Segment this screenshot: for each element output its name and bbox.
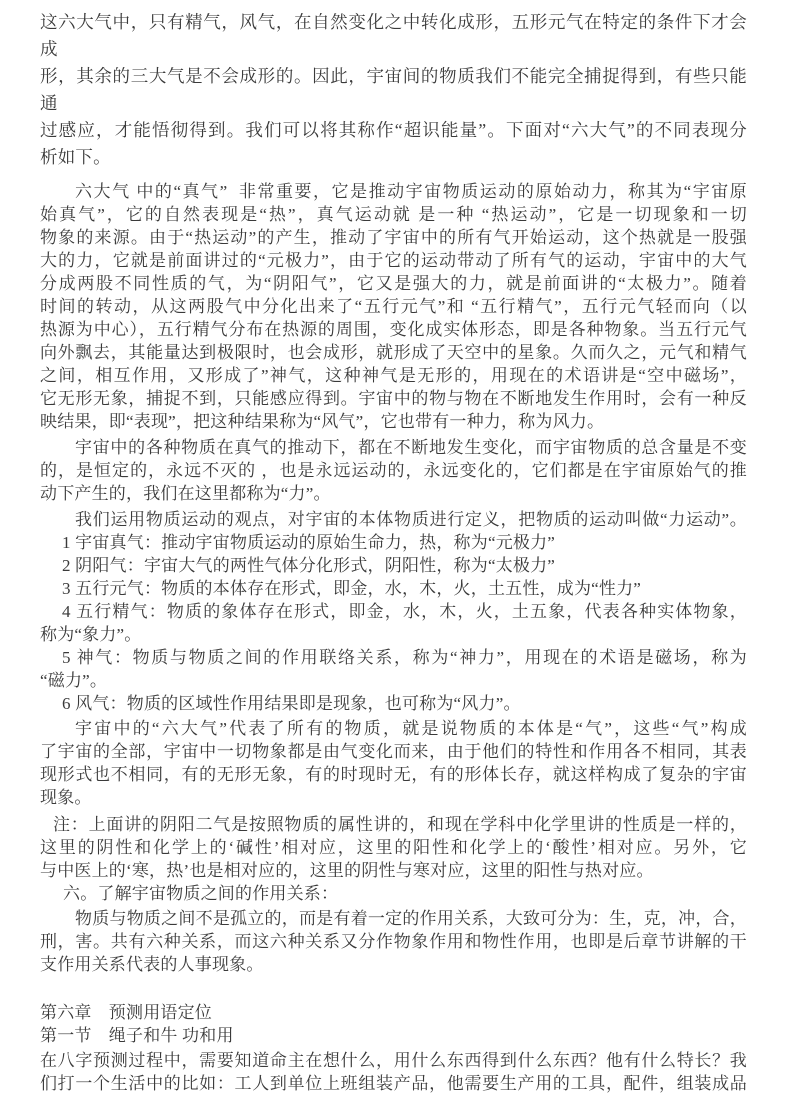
text-line: 它无形无象，捕捉不到，只能感应得到。宇宙中的物与物在不断地发生作用时，会有一种反 [40, 387, 747, 410]
text-line: 了宇宙的全部，宇宙中一切物象都是由气变化而来，由于他们的特性和作用各不相同，其表 [40, 740, 747, 763]
text-line: 宇宙中的“六大气”代表了所有的物质，就是说物质的本体是“气”，这些“气”构成 [40, 717, 747, 740]
text-line: 物质与物质之间不是孤立的，而是有着一定的作用关系，大致可分为：生，克，冲，合， [40, 907, 747, 930]
document-body: 这六大气中，只有精气，风气，在自然变化之中转化成形，五形元气在特定的条件下才会成… [40, 9, 747, 1094]
text-line: 在八字预测过程中，需要知道命主在想什么，用什么东西得到什么东西？他有什么特长？我 [40, 1049, 747, 1072]
text-line: 我们运用物质运动的观点，对宇宙的本体物质进行定义，把物质的运动叫做“力运动”。 [40, 508, 747, 531]
chapter-heading: 第六章 预测用语定位 [40, 1001, 747, 1024]
text-line: 6 风气：物质的区域性作用结果即是现象，也可称为“风力”。 [40, 692, 747, 715]
text-line: 映结果，即“表现”，把这种结果称为“风气”，它也带有一种力，称为风力。 [40, 410, 747, 433]
matter-paragraph: 宇宙中的各种物质在真气的推动下，都在不断地发生变化，而宇宙物质的总含量是不变的，… [40, 436, 747, 505]
list-item-3: 3 五行元气：物质的本体存在形式，即金，水，木，火，土五性，成为“性力” [40, 577, 747, 600]
bazi-paragraph: 在八字预测过程中，需要知道命主在想什么，用什么东西得到什么东西？他有什么特长？我… [40, 1049, 747, 1094]
text-line: 刑，害。共有六种关系，而这六种关系又分作物象作用和物性作用，也即是后章节讲解的干 [40, 930, 747, 953]
list-item-5: 5 神气：物质与物质之间的作用联络关系，称为“神力”，用现在的术语是磁场，称为“… [40, 646, 747, 692]
list-item-6: 6 风气：物质的区域性作用结果即是现象，也可称为“风力”。 [40, 692, 747, 715]
text-line: 这六大气中，只有精气，风气，在自然变化之中转化成形，五形元气在特定的条件下才会成 [40, 9, 747, 63]
note-paragraph: 注：上面讲的阴阳二气是按照物质的属性讲的，和现在学科中化学里讲的性质是一样的，这… [40, 813, 747, 882]
list-item-1: 1 宇宙真气：推动宇宙物质运动的原始生命力，热，称为“元极力” [40, 531, 747, 554]
section-heading: 第一节 绳子和牛 功和用 [40, 1024, 747, 1047]
text-line: 2 阴阳气：宇宙大气的两性气体分化形式，阴阳性，称为“太极力” [40, 554, 747, 577]
zhenqi-paragraph: 六大气 中的“真气” 非常重要，它是推动宇宙物质运动的原始动力，称其为“宇宙原始… [40, 180, 747, 433]
text-line: 第六章 预测用语定位 [40, 1001, 747, 1024]
text-line: 3 五行元气：物质的本体存在形式，即金，水，木，火，土五性，成为“性力” [40, 577, 747, 600]
text-line: 支作用关系代表的人事现象。 [40, 953, 747, 976]
text-line: 第一节 绳子和牛 功和用 [40, 1024, 747, 1047]
list-item-4: 4 五行精气：物质的象体存在形式，即金，水，木，火，土五象，代表各种实体物象，称… [40, 600, 747, 646]
text-line: 们打一个生活中的比如：工人到单位上班组装产品，他需要生产用的工具，配件，组装成品 [40, 1072, 747, 1094]
text-line: 称为“象力”。 [40, 623, 747, 646]
text-line: 分成两股不同性质的气，为“阴阳气”，它又是强大的力，就是前面讲的“太极力”。随着 [40, 272, 747, 295]
text-line: 热源为中心），五行精气分布在热源的周围，变化成实体形态，即是各种物象。当五行元气 [40, 318, 747, 341]
text-line: 5 神气：物质与物质之间的作用联络关系，称为“神力”，用现在的术语是磁场，称为 [40, 646, 747, 669]
text-line: 之间，相互作用，又形成了”神气，这种神气是无形的，用现在的术语讲是“空中磁场”， [40, 364, 747, 387]
text-line: 六大气 中的“真气” 非常重要，它是推动宇宙物质运动的原始动力，称其为“宇宙原 [40, 180, 747, 203]
text-line: 形，其余的三大气是不会成形的。因此，宇宙间的物质我们不能完全捕捉得到，有些只能通 [40, 63, 747, 117]
text-line: 现形式也不相同，有的无形无象，有的时现时无，有的形体长存，就这样构成了复杂的宇宙 [40, 763, 747, 786]
intro-paragraph: 这六大气中，只有精气，风气，在自然变化之中转化成形，五形元气在特定的条件下才会成… [40, 9, 747, 171]
relations-paragraph: 物质与物质之间不是孤立的，而是有着一定的作用关系，大致可分为：生，克，冲，合，刑… [40, 907, 747, 976]
text-line: 注：上面讲的阴阳二气是按照物质的属性讲的，和现在学科中化学里讲的性质是一样的， [40, 813, 747, 836]
text-line: 与中医上的‘寒，热’也是相对应的，这里的阴性与寒对应，这里的阳性与热对应。 [40, 859, 747, 882]
section-six-heading: 六。了解宇宙物质之间的作用关系： [40, 882, 747, 905]
list-item-2: 2 阴阳气：宇宙大气的两性气体分化形式，阴阳性，称为“太极力” [40, 554, 747, 577]
text-line: 大的力，它就是前面讲过的“元极力”，由于它的运动带动了所有气的运动，宇宙中的大气 [40, 249, 747, 272]
force-motion-paragraph: 我们运用物质运动的观点，对宇宙的本体物质进行定义，把物质的运动叫做“力运动”。 [40, 508, 747, 531]
text-line: 1 宇宙真气：推动宇宙物质运动的原始生命力，热，称为“元极力” [40, 531, 747, 554]
text-line: 现象。 [40, 786, 747, 809]
text-line: 时间的转动，从这两股气中分化出来了“五行元气”和 “五行精气”，五行元气轻而向（… [40, 295, 747, 318]
text-line: “磁力”。 [40, 669, 747, 692]
text-line: 过感应，才能悟彻得到。我们可以将其称作“超识能量”。下面对“六大气”的不同表现分 [40, 117, 747, 144]
text-line: 动下产生的，我们在这里都称为“力”。 [40, 482, 747, 505]
text-line: 析如下。 [40, 144, 747, 171]
text-line: 的，是恒定的，永远不灭的 ，也是永远运动的，永远变化的，它们都是在宇宙原始气的推 [40, 459, 747, 482]
text-line: 向外飘去，其能量达到极限时，也会成形，就形成了天空中的星象。久而久之，元气和精气 [40, 341, 747, 364]
text-line: 物象的来源。由于“热运动”的产生，推动了宇宙中的所有气开始运动，这个热就是一股强 [40, 226, 747, 249]
text-line: 4 五行精气：物质的象体存在形式，即金，水，木，火，土五象，代表各种实体物象， [40, 600, 747, 623]
text-line: 宇宙中的各种物质在真气的推动下，都在不断地发生变化，而宇宙物质的总含量是不变 [40, 436, 747, 459]
text-line: 这里的阴性和化学上的‘碱性’相对应，这里的阳性和化学上的‘酸性’相对应。另外，它 [40, 836, 747, 859]
document-page: 这六大气中，只有精气，风气，在自然变化之中转化成形，五形元气在特定的条件下才会成… [0, 0, 786, 1094]
text-line: 六。了解宇宙物质之间的作用关系： [40, 882, 747, 905]
summary-paragraph: 宇宙中的“六大气”代表了所有的物质，就是说物质的本体是“气”，这些“气”构成了宇… [40, 717, 747, 809]
text-line: 始真气”，它的自然表现是“热”，真气运动就 是一种 “热运动”，它是一切现象和一… [40, 203, 747, 226]
